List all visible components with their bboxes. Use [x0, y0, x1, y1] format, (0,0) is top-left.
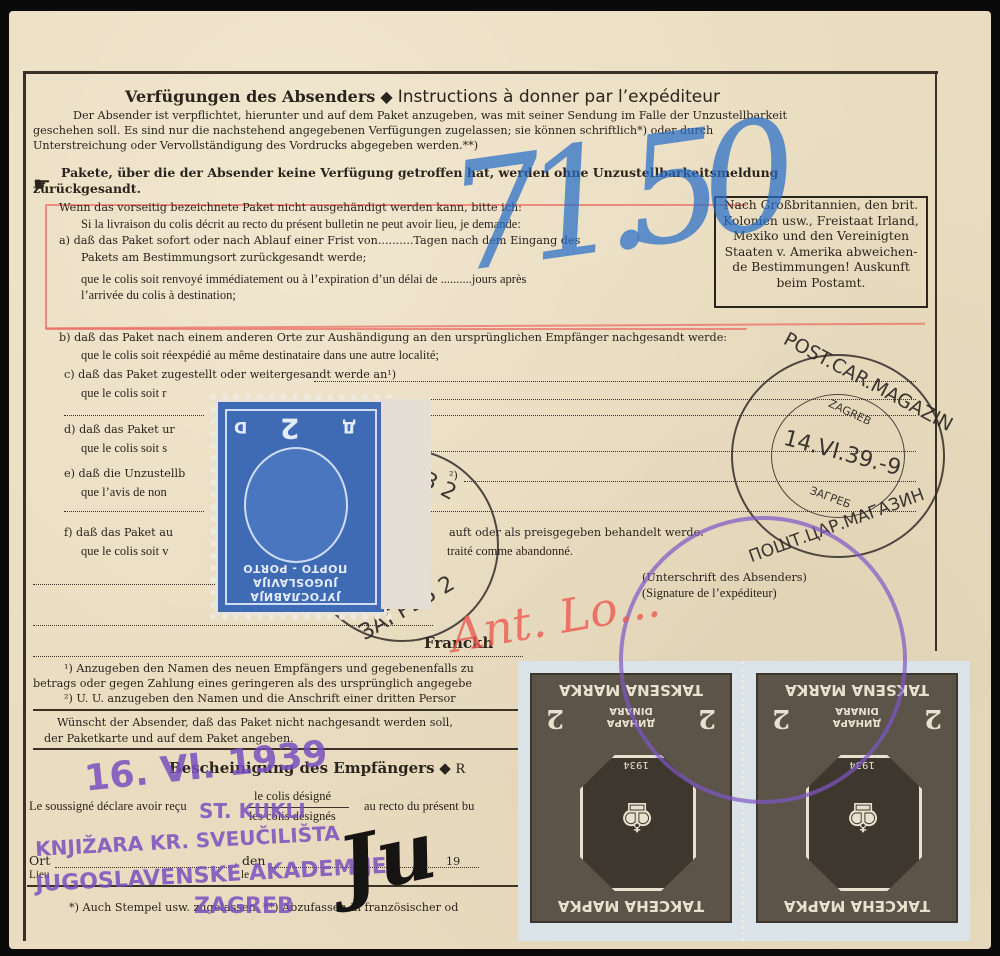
stamp-selvage	[381, 399, 431, 609]
option-e-fr: que l’avis de non	[81, 485, 167, 500]
violet-circular-handstamp	[619, 516, 907, 804]
intro-line-3: Unterstreichung oder Vervollständigung d…	[33, 139, 478, 152]
parcel-card: Verfügungen des Absenders ◆ Instructions…	[9, 11, 991, 949]
date-year-prefix: 19	[446, 855, 460, 868]
section-divider	[33, 709, 523, 711]
stamp-label: ПОРТО - PORTO	[230, 562, 360, 575]
stamp-value: 2	[280, 412, 299, 445]
stamp-bottom-text: ТАКСЕНА МАРКА	[532, 897, 730, 915]
stamp-value-left: 2	[546, 703, 564, 733]
notice-line: beim Postamt.	[716, 276, 926, 292]
footnote-2: ²) U. U. anzugeben den Namen und die Ans…	[64, 692, 456, 705]
option-e-fill-line-2	[64, 511, 204, 512]
option-d-de: d) daß das Paket ur	[64, 423, 175, 436]
option-c-fill-line-3	[64, 415, 204, 416]
option-f-de: f) daß das Paket au	[64, 526, 173, 539]
receipt-title-fr: R	[456, 761, 466, 777]
receiver-stamp-line-2: ST. KUKLI	[199, 799, 306, 823]
option-c-de: c) daß das Paket zugestellt oder weiterg…	[64, 368, 396, 381]
title-de: Verfügungen des Absenders	[125, 87, 375, 106]
receipt-text-start: Le soussigné déclare avoir reçu	[29, 799, 187, 814]
stamp-country-lat: JUGOSLAVIJA	[230, 576, 360, 589]
postage-due-stamp: 2 D Д ПОРТО - PORTO JUGOSLAVIJA ЈУГОСЛАВ…	[215, 399, 387, 615]
option-a-de-2: Pakets am Bestimmungsort zurückgesandt w…	[81, 251, 366, 264]
footnote-1-cont: betrags oder gegen Zahlung eines geringe…	[33, 677, 472, 690]
stamp-bottom-text: ТАКСЕНА МАРКА	[758, 897, 956, 915]
stamp-year: 1934	[616, 759, 656, 770]
title-separator: ◆	[380, 87, 392, 106]
warning-line-2: zurückgesandt.	[33, 181, 141, 196]
stamp-value-right: 2	[924, 703, 942, 733]
footnote-divider	[33, 656, 523, 657]
no-forward-line-1: Wünscht der Absender, daß das Paket nich…	[57, 716, 453, 729]
receiver-stamp-line-4: JUGOSLAVENSKE AKADEMIJE	[35, 854, 388, 897]
double-headed-eagle-icon: ♚	[602, 793, 672, 839]
option-e-de: e) daß die Unzustellb	[64, 467, 185, 480]
receiver-stamp-line-3: KNJIŽARA KR. SVEUČILIŠTA	[35, 821, 341, 861]
coat-of-arms-icon	[244, 447, 348, 563]
option-a-fr-2: l’arrivée du colis à destination;	[81, 288, 236, 303]
stamp-corner-right: Д	[342, 418, 356, 437]
black-ink-signature: Ju	[330, 802, 443, 914]
receipt-title-sep: ◆	[439, 759, 451, 777]
option-f-fr: que le colis soit v	[81, 544, 169, 559]
form-frame-left	[23, 71, 26, 941]
footnote-1: ¹) Anzugeben den Namen des neuen Empfäng…	[64, 662, 474, 675]
form-frame-top	[24, 71, 938, 74]
option-d-fr: que le colis soit s	[81, 441, 167, 456]
option-b-de: b) daß das Paket nach einem anderen Orte…	[59, 331, 727, 344]
stamp-country-cyr: ЈУГОСЛАВИЈА	[230, 590, 360, 603]
stamp-corner-left: D	[234, 418, 247, 437]
option-c-fr: que le colis soit r	[81, 386, 166, 401]
form-frame-right	[935, 71, 937, 651]
form-title: Verfügungen des Absenders ◆ Instructions…	[125, 87, 720, 107]
double-headed-eagle-icon: ♚	[828, 793, 898, 839]
option-b-fr: que le colis soit réexpédié au même dest…	[81, 348, 439, 363]
receiver-stamp-line-5: ZAGREB	[194, 894, 294, 919]
